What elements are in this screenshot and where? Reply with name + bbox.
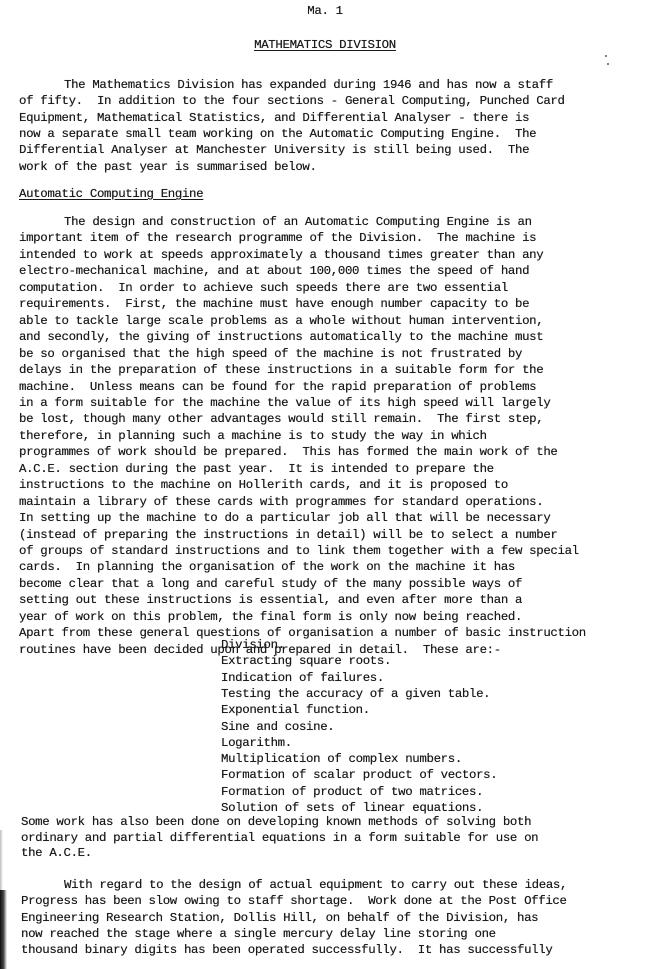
text-line: of groups of standard instructions and t… <box>19 544 579 559</box>
text-line: cards. In planning the organisation of t… <box>19 560 515 575</box>
text-line: Multiplication of complex numbers. <box>221 752 462 767</box>
text-line: Formation of scalar product of vectors. <box>221 768 497 783</box>
text-line: Logarithm. <box>221 736 292 751</box>
text-line: Testing the accuracy of a given table. <box>221 687 490 702</box>
scan-speck <box>607 63 609 65</box>
section-heading: Automatic Computing Engine <box>19 187 203 202</box>
text-line: (instead of preparing the instructions i… <box>19 528 558 543</box>
text-line: maintain a library of these cards with p… <box>19 495 543 510</box>
scan-artifact <box>0 890 7 969</box>
text-line: intended to work at speeds approximately… <box>19 248 543 263</box>
text-line: Formation of product of two matrices. <box>221 785 483 800</box>
text-line: Indication of failures. <box>221 671 384 686</box>
text-line: important item of the research programme… <box>19 231 536 246</box>
text-line: electro-mechanical machine, and at about… <box>19 264 529 279</box>
text-line: ordinary and partial differential equati… <box>21 831 538 846</box>
text-line: now reached the stage where a single mer… <box>21 927 496 942</box>
text-line: of fifty. In addition to the four sectio… <box>19 94 565 109</box>
text-line: setting out these instructions is essent… <box>19 593 522 608</box>
text-line: thousand binary digits has been operated… <box>21 943 552 958</box>
text-line: work of the past year is summarised belo… <box>19 160 317 175</box>
text-line: Apart from these general questions of or… <box>19 626 586 641</box>
text-line: Engineering Research Station, Dollis Hil… <box>21 911 538 926</box>
text-line: and secondly, the giving of instructions… <box>19 330 543 345</box>
text-line: be lost, though many other advantages wo… <box>19 412 543 427</box>
text-line: requirements. First, the machine must ha… <box>19 297 529 312</box>
text-line: able to tackle large scale problems as a… <box>19 314 543 329</box>
text-line: Extracting square roots. <box>221 654 391 669</box>
text-line: therefore, in planning such a machine is… <box>19 429 487 444</box>
text-line: now a separate small team working on the… <box>19 127 536 142</box>
text-line: Differential Analyser at Manchester Univ… <box>19 143 529 158</box>
text-line: delays in the preparation of these instr… <box>19 363 543 378</box>
document-page: Ma. 1 MATHEMATICS DIVISION The Mathemati… <box>0 0 650 969</box>
text-line: Equipment, Mathematical Statistics, and … <box>19 111 529 126</box>
text-line: Some work has also been done on developi… <box>21 815 531 830</box>
text-line: Division. <box>221 638 285 653</box>
scan-artifact <box>0 830 3 890</box>
text-line: the A.C.E. <box>21 846 92 861</box>
text-line: become clear that a long and careful stu… <box>19 577 522 592</box>
scan-speck <box>605 55 607 57</box>
text-line: Solution of sets of linear equations. <box>221 801 483 816</box>
text-line: Progress has been slow owing to staff sh… <box>21 894 567 909</box>
text-line: be so organised that the high speed of t… <box>19 347 522 362</box>
text-line: in a form suitable for the machine the v… <box>19 396 550 411</box>
text-line: A.C.E. section during the past year. It … <box>19 462 494 477</box>
text-line: year of work on this problem, the final … <box>19 610 522 625</box>
text-line: machine. Unless means can be found for t… <box>19 380 536 395</box>
page-label: Ma. 1 <box>0 4 650 19</box>
text-line: Exponential function. <box>221 703 370 718</box>
text-line: programmes of work should be prepared. T… <box>19 445 558 460</box>
text-line: Sine and cosine. <box>221 720 334 735</box>
document-title: MATHEMATICS DIVISION <box>0 38 650 53</box>
text-line: The Mathematics Division has expanded du… <box>64 78 553 93</box>
text-line: In setting up the machine to do a partic… <box>19 511 550 526</box>
text-line: With regard to the design of actual equi… <box>64 878 567 893</box>
text-line: computation. In order to achieve such sp… <box>19 281 508 296</box>
text-line: instructions to the machine on Hollerith… <box>19 478 508 493</box>
text-line: The design and construction of an Automa… <box>64 215 532 230</box>
